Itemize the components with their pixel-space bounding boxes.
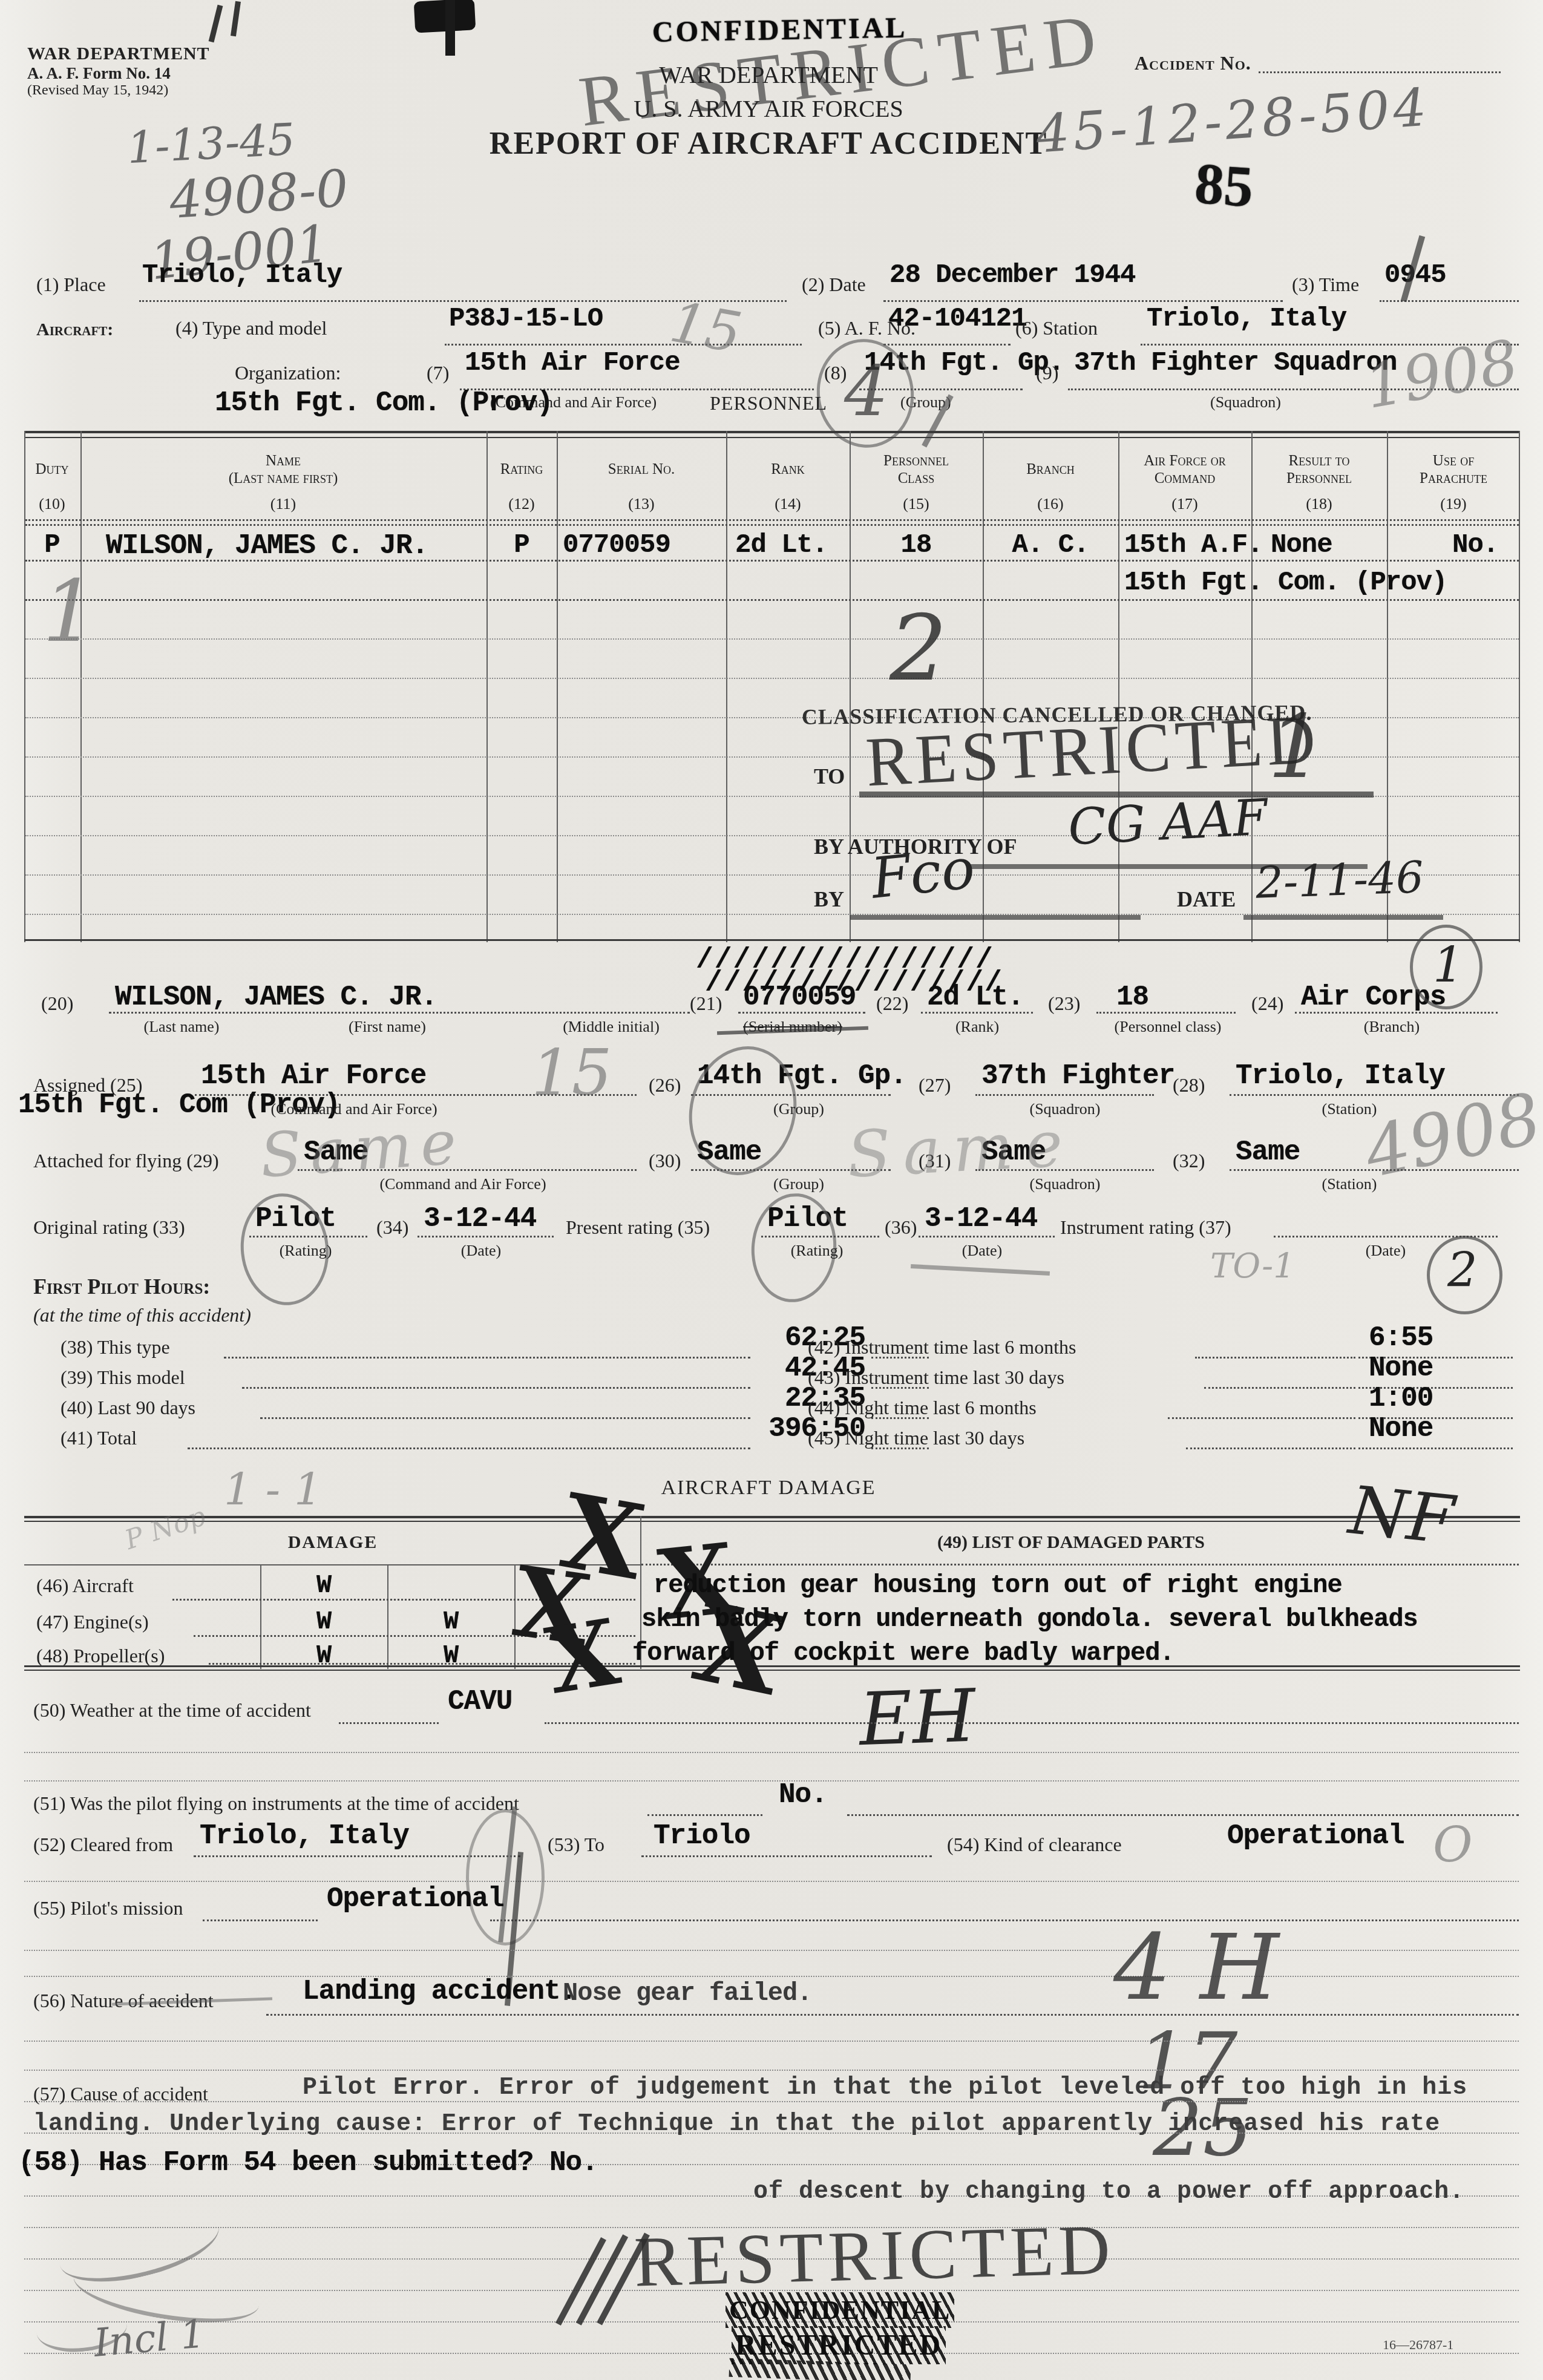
field26-sub: (Group) bbox=[738, 1100, 859, 1118]
restricted-stamp-bottom2-text: RESTRICTED bbox=[735, 2329, 942, 2362]
form54-question: (58) Has Form 54 been submitted? No. bbox=[18, 2147, 598, 2178]
field32-sub: (Station) bbox=[1289, 1175, 1410, 1193]
col-num: (15) bbox=[856, 495, 977, 513]
handwritten-authority: CG AAF bbox=[1067, 788, 1269, 856]
field23-sub: (Personnel class) bbox=[1095, 1018, 1240, 1036]
damaged-parts-line2: skin badly torn underneath gondola. seve… bbox=[641, 1605, 1418, 1634]
header-rule bbox=[25, 524, 1519, 526]
field24-num: (24) bbox=[1251, 992, 1283, 1015]
rule bbox=[249, 1236, 367, 1238]
field30-value: Same bbox=[697, 1136, 761, 1168]
rule bbox=[975, 1169, 1154, 1171]
field27-num: (27) bbox=[919, 1074, 951, 1097]
table-border-bottom bbox=[24, 939, 1520, 941]
field20-value: WILSON, JAMES C. JR. bbox=[115, 982, 437, 1013]
pencil-4-mark: 4 bbox=[844, 351, 888, 432]
pencil-duty-1: 1 bbox=[42, 563, 96, 661]
original-rating-label: Original rating (33) bbox=[33, 1216, 185, 1239]
field-place-label: (1) Place bbox=[36, 274, 106, 296]
damage-table-title: DAMAGE bbox=[212, 1532, 454, 1553]
organization-label: Organization: bbox=[235, 362, 341, 384]
field7-num: (7) bbox=[427, 362, 449, 384]
rule bbox=[883, 300, 1283, 302]
pencil-o-mark: O bbox=[1433, 1817, 1473, 1873]
cause-of-accident-label: (57) Cause of accident bbox=[33, 2083, 208, 2105]
rule bbox=[24, 1752, 1519, 1753]
damage-48-label: (48) Propeller(s) bbox=[36, 1645, 165, 1667]
pencil-to1-note: TO-1 bbox=[1210, 1247, 1295, 1286]
cell-class: 18 bbox=[856, 530, 977, 560]
rule bbox=[24, 1976, 1519, 1977]
page-title: REPORT OF AIRCRAFT ACCIDENT bbox=[466, 126, 1071, 162]
field28-num: (28) bbox=[1173, 1074, 1205, 1097]
col-header-class: Personnel Class bbox=[856, 453, 977, 488]
field26-num: (26) bbox=[649, 1074, 681, 1097]
field23-value: 18 bbox=[1116, 982, 1148, 1013]
rule bbox=[445, 344, 802, 346]
rule bbox=[24, 1881, 1519, 1882]
field20-sub-first: (First name) bbox=[327, 1018, 448, 1036]
confidential-stamp-bottom: CONFIDENTIAL bbox=[729, 2295, 951, 2326]
field-time-label: (3) Time bbox=[1292, 274, 1359, 296]
cell-air-force: 15th A.F. bbox=[1124, 530, 1263, 560]
table-border-top bbox=[24, 431, 1520, 433]
row-rule bbox=[25, 835, 1519, 836]
damage-box-top2 bbox=[24, 1521, 1520, 1522]
damage-col-line bbox=[387, 1564, 388, 1669]
classification-date-label: DATE bbox=[1177, 887, 1236, 912]
pilots-mission-label: (55) Pilot's mission bbox=[33, 1897, 183, 1919]
col-num: (16) bbox=[990, 495, 1111, 513]
col-num: (11) bbox=[162, 495, 404, 513]
field23-num: (23) bbox=[1048, 992, 1080, 1015]
pencil-class-2: 2 bbox=[889, 596, 947, 701]
stamp-85: 85 bbox=[1193, 149, 1256, 220]
col-header-rating: Rating bbox=[479, 461, 564, 479]
damage-col-line bbox=[260, 1564, 261, 1669]
cleared-from-label: (52) Cleared from bbox=[33, 1834, 173, 1856]
personnel-title: PERSONNEL bbox=[678, 392, 859, 415]
field-date-label: (2) Date bbox=[802, 274, 866, 296]
rule bbox=[1168, 1417, 1355, 1419]
rule bbox=[490, 1919, 1519, 1921]
rule bbox=[761, 1236, 879, 1238]
damage-46-label: (46) Aircraft bbox=[36, 1575, 134, 1597]
classification-to-label: TO bbox=[814, 764, 845, 789]
rule bbox=[738, 1012, 865, 1014]
field22-num: (22) bbox=[876, 992, 908, 1015]
cleared-to-label: (53) To bbox=[548, 1834, 604, 1856]
rule bbox=[339, 1722, 439, 1724]
rule bbox=[298, 1169, 637, 1171]
instrument-rating-label: Instrument rating (37) bbox=[1060, 1216, 1231, 1239]
damaged-parts-line3: forward of cockpit were badly warped. bbox=[632, 1639, 1174, 1668]
aircraft-section-label: Aircraft: bbox=[36, 320, 113, 340]
form-number-line1: WAR DEPARTMENT bbox=[27, 44, 210, 64]
cause-line1: Pilot Error. Error of judgement in that … bbox=[303, 2074, 1467, 2102]
field-date-value: 28 December 1944 bbox=[889, 260, 1135, 290]
field30-num: (30) bbox=[649, 1150, 681, 1172]
field34-value: 3-12-44 bbox=[424, 1203, 536, 1234]
field-type-model-value: P38J-15-LO bbox=[449, 304, 603, 334]
field30-sub: (Group) bbox=[738, 1175, 859, 1193]
col-num: (17) bbox=[1124, 495, 1245, 513]
col-num: (10) bbox=[16, 495, 88, 513]
rule bbox=[418, 1236, 554, 1238]
field32-num: (32) bbox=[1173, 1150, 1205, 1172]
damage-47-mark2: W bbox=[418, 1607, 484, 1636]
cell-rating: P bbox=[479, 530, 564, 560]
hours-42-label: (42) Instrument time last 6 months bbox=[808, 1336, 1076, 1359]
damage-47-label: (47) Engine(s) bbox=[36, 1611, 149, 1633]
field-station-label: (6) Station bbox=[1015, 317, 1098, 339]
rule bbox=[1195, 1357, 1355, 1359]
rule bbox=[641, 1855, 932, 1857]
rule bbox=[883, 344, 1011, 346]
field7-value-line2: 15th Fgt. Com. (Prov) bbox=[215, 387, 553, 419]
col-num: (19) bbox=[1390, 495, 1517, 513]
hours-39-label: (39) This model bbox=[61, 1366, 185, 1389]
field-afno-value: 42-104121 bbox=[888, 304, 1027, 334]
field37-sub: (Date) bbox=[1328, 1242, 1443, 1260]
field20-sub-middle: (Middle initial) bbox=[545, 1018, 678, 1036]
classification-by-label: BY bbox=[814, 887, 844, 912]
pen-scribble bbox=[209, 5, 223, 42]
handwritten-4h: 4 H bbox=[1113, 1915, 1279, 2021]
classification-by-line bbox=[850, 915, 1141, 920]
damage-section-title: AIRCRAFT DAMAGE bbox=[629, 1477, 908, 1500]
rule bbox=[24, 1780, 1519, 1782]
field36-sub: (Date) bbox=[925, 1242, 1040, 1260]
field31-sub: (Squadron) bbox=[998, 1175, 1132, 1193]
col-header-branch: Branch bbox=[990, 461, 1111, 479]
rule bbox=[224, 1357, 750, 1359]
cell-duty: P bbox=[16, 530, 88, 560]
cell-name: WILSON, JAMES C. JR. bbox=[106, 530, 428, 562]
table-column-line bbox=[1519, 431, 1520, 942]
col-header-serial: Serial No. bbox=[581, 461, 702, 479]
cell-air-force-line2: 15th Fgt. Com. (Prov) bbox=[1124, 568, 1447, 598]
rule bbox=[24, 1950, 1519, 1951]
ink-blob-stub bbox=[445, 0, 455, 56]
table-border-top2 bbox=[24, 437, 1520, 438]
weather-value: CAVU bbox=[448, 1686, 512, 1717]
rule bbox=[921, 1012, 1033, 1014]
field-station-value: Triolo, Italy bbox=[1147, 304, 1346, 334]
confidential-stamp-bottom-text: CONFIDENTIAL bbox=[729, 2295, 951, 2326]
pilots-mission-value: Operational bbox=[327, 1883, 504, 1915]
rule bbox=[647, 1814, 762, 1816]
header-rule bbox=[25, 519, 1519, 521]
print-code: 16—26787-1 bbox=[1383, 2337, 1453, 2353]
field22-value: 2d Lt. bbox=[927, 982, 1024, 1013]
handwritten-incl: Incl 1 bbox=[92, 2312, 207, 2366]
damage-header-rule-dots bbox=[641, 1564, 1519, 1565]
rule bbox=[975, 1094, 1154, 1096]
pencil-1908: 1908 bbox=[1360, 326, 1524, 422]
col-header-parachute: Use of Parachute bbox=[1390, 453, 1517, 488]
handwritten-by-signature: Fco bbox=[868, 836, 978, 911]
field29-sub: (Command and Air Force) bbox=[363, 1175, 563, 1193]
rule bbox=[919, 1236, 1055, 1238]
field33-sub: (Rating) bbox=[248, 1242, 363, 1260]
accident-no-label: Accident No. bbox=[1135, 52, 1251, 74]
rule bbox=[203, 1919, 318, 1921]
damaged-parts-line1: reduction gear housing torn out of right… bbox=[654, 1571, 1342, 1600]
field20-num: (20) bbox=[41, 992, 73, 1015]
cause-line2: landing. Underlying cause: Error of Tech… bbox=[33, 2111, 1440, 2138]
hours-45-value: None bbox=[1369, 1413, 1433, 1444]
col-num: (14) bbox=[727, 495, 848, 513]
hours-42-value: 6:55 bbox=[1369, 1322, 1433, 1354]
table-column-line bbox=[850, 431, 851, 942]
damage-box-top bbox=[24, 1516, 1520, 1518]
hours-43-label: (43) Instrument time last 30 days bbox=[808, 1366, 1064, 1389]
col-num: (18) bbox=[1259, 495, 1380, 513]
rule bbox=[691, 1094, 891, 1096]
col-header-result: Result to Personnel bbox=[1259, 453, 1380, 488]
cell-result: None bbox=[1271, 530, 1332, 560]
rule bbox=[1230, 1169, 1519, 1171]
field9-num: (9) bbox=[1036, 362, 1058, 384]
nature-of-accident-value: Landing accident. bbox=[303, 1976, 576, 2007]
rule bbox=[188, 1447, 750, 1449]
hours-44-value: 1:00 bbox=[1369, 1383, 1433, 1414]
attached-label: Attached for flying (29) bbox=[33, 1150, 219, 1172]
rule bbox=[1358, 1447, 1513, 1449]
form-number-line3: (Revised May 15, 1942) bbox=[27, 82, 168, 99]
rule bbox=[242, 1387, 750, 1389]
field21-value: 0770059 bbox=[743, 982, 856, 1013]
form-number-line2: A. A. F. Form No. 14 bbox=[27, 64, 171, 83]
field7-value: 15th Air Force bbox=[465, 348, 680, 378]
restricted-stamp-bottom: RESTRICTED bbox=[633, 2209, 1116, 2304]
field35-sub: (Rating) bbox=[759, 1242, 874, 1260]
col-header-duty: Duty bbox=[16, 461, 88, 479]
cleared-from-value: Triolo, Italy bbox=[200, 1820, 409, 1852]
field28-value: Triolo, Italy bbox=[1236, 1060, 1445, 1092]
field21-num: (21) bbox=[690, 992, 722, 1015]
handwritten-x: X bbox=[540, 1599, 626, 1715]
field9-sublabel: (Squadron) bbox=[1210, 393, 1281, 411]
kind-of-clearance-label: (54) Kind of clearance bbox=[947, 1834, 1122, 1856]
pencil-15-assigned: 15 bbox=[531, 1036, 612, 1110]
header-war-department: WAR DEPARTMENT bbox=[617, 61, 920, 89]
rule bbox=[260, 1417, 750, 1419]
cleared-to-value: Triolo bbox=[654, 1820, 750, 1852]
rule bbox=[1295, 1012, 1498, 1014]
field36-value: 3-12-44 bbox=[925, 1203, 1037, 1234]
field22-sub: (Rank) bbox=[917, 1018, 1038, 1036]
pen-scribble bbox=[231, 1, 241, 37]
field-place-value: Triolo, Italy bbox=[142, 260, 342, 290]
col-header-rank: Rank bbox=[727, 461, 848, 479]
row-rule bbox=[25, 560, 1519, 562]
header-army-air-forces: U. S. ARMY AIR FORCES bbox=[617, 94, 920, 123]
rule bbox=[1204, 1387, 1355, 1389]
field25-value: 15th Air Force bbox=[201, 1060, 426, 1092]
instruments-label: (51) Was the pilot flying on instruments… bbox=[33, 1792, 519, 1815]
rule bbox=[545, 1722, 1519, 1724]
hours-43-value: None bbox=[1369, 1352, 1433, 1384]
field-type-model-label: (4) Type and model bbox=[175, 317, 327, 339]
row-rule bbox=[25, 599, 1519, 601]
handwritten-nf: NF bbox=[1346, 1471, 1458, 1559]
damaged-parts-title: (49) LIST OF DAMAGED PARTS bbox=[859, 1532, 1283, 1553]
accident-no-rule bbox=[1259, 71, 1501, 73]
rule bbox=[847, 1814, 1519, 1816]
hours-45-label: (45) Night time last 30 days bbox=[808, 1427, 1024, 1449]
cell-serial: 0770059 bbox=[563, 530, 670, 560]
row-rule bbox=[25, 638, 1519, 640]
hours-title: First Pilot Hours: bbox=[33, 1274, 210, 1299]
rule bbox=[24, 2070, 1519, 2071]
rule bbox=[1186, 1447, 1355, 1449]
field24-sub: (Branch) bbox=[1331, 1018, 1452, 1036]
weather-label: (50) Weather at the time of accident bbox=[33, 1699, 311, 1722]
damage-47-mark1: W bbox=[290, 1607, 357, 1636]
pencil-note-damage: P Nop bbox=[121, 1501, 209, 1556]
scanned-accident-report: WAR DEPARTMENT A. A. F. Form No. 14 (Rev… bbox=[0, 0, 1543, 2380]
rule bbox=[266, 2014, 1519, 2016]
nature-of-accident-value2: Nose gear failed. bbox=[563, 1979, 811, 2008]
handwritten-eh: EH bbox=[858, 1674, 977, 1763]
cause-line3: of descent by changing to a power off ap… bbox=[753, 2178, 1464, 2206]
field27-value: 37th Fighter bbox=[981, 1060, 1174, 1092]
pencil-1-1-mark: 1 - 1 bbox=[224, 1464, 322, 1515]
col-header-name: Name (Last name first) bbox=[162, 453, 404, 488]
kind-of-clearance-value: Operational bbox=[1227, 1820, 1404, 1852]
hours-44-label: (44) Night time last 6 months bbox=[808, 1397, 1037, 1419]
ink-blob bbox=[414, 0, 476, 33]
field34-num: (34) bbox=[376, 1216, 408, 1239]
hours-subtitle: (at the time of this accident) bbox=[33, 1304, 251, 1326]
field32-value: Same bbox=[1236, 1136, 1300, 1168]
restricted-stamp-bottom2: RESTRICTED bbox=[735, 2329, 942, 2362]
rule bbox=[24, 2041, 1519, 2042]
row-rule bbox=[25, 678, 1519, 679]
classification-date-line bbox=[1243, 915, 1443, 920]
cell-rank: 2d Lt. bbox=[735, 530, 827, 560]
present-rating-label: Present rating (35) bbox=[566, 1216, 710, 1239]
field9-value: 37th Fighter Squadron bbox=[1074, 348, 1397, 378]
rule bbox=[109, 1012, 690, 1014]
circle-around-1 bbox=[1410, 925, 1482, 1009]
handwritten-class-date: 2-11-46 bbox=[1255, 851, 1424, 908]
cell-branch: A. C. bbox=[990, 530, 1111, 560]
field36-num: (36) bbox=[885, 1216, 917, 1239]
col-num: (12) bbox=[479, 495, 564, 513]
field34-sub: (Date) bbox=[424, 1242, 539, 1260]
instruments-value: No. bbox=[779, 1779, 827, 1811]
hours-38-label: (38) This type bbox=[61, 1336, 170, 1359]
hours-40-label: (40) Last 90 days bbox=[61, 1397, 195, 1419]
hours-41-label: (41) Total bbox=[61, 1427, 137, 1449]
col-num: (13) bbox=[581, 495, 702, 513]
damage-46-mark1: W bbox=[290, 1571, 357, 1600]
field20-sub-last: (Last name) bbox=[121, 1018, 242, 1036]
rule bbox=[1096, 1012, 1236, 1014]
cell-parachute: No. bbox=[1452, 530, 1498, 560]
circle-around-2 bbox=[1427, 1236, 1502, 1314]
pencil-smudge-under-date bbox=[911, 1264, 1050, 1276]
col-header-afc: Air Force or Command bbox=[1124, 453, 1245, 488]
